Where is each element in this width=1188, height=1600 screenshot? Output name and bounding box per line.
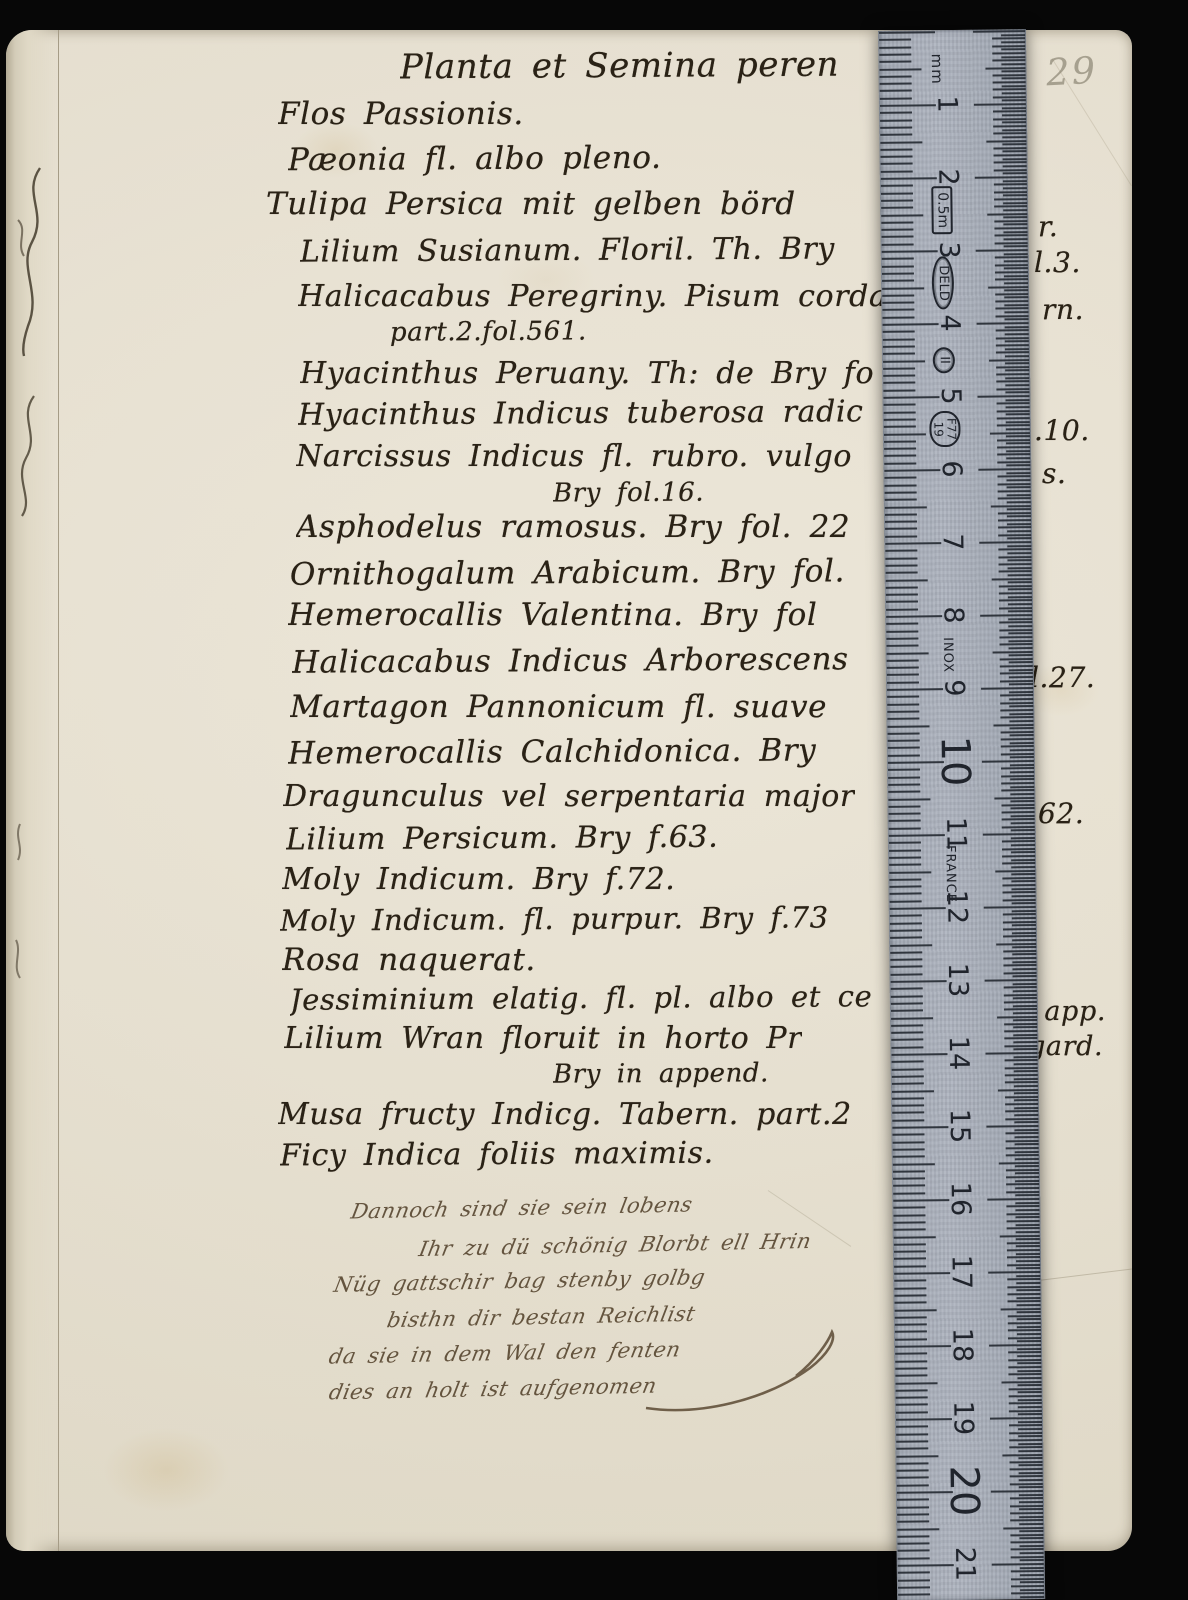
ruler-tick-halfmm [1014, 1129, 1038, 1131]
ruler-tick-mm [890, 944, 932, 947]
ruler-tick-mm [893, 1148, 925, 1150]
manuscript-line: Hemerocallis Valentina. Bry fol [288, 597, 817, 643]
ruler-label-france: FRANCE [943, 845, 957, 903]
ruler-tick-mm [896, 1462, 928, 1464]
ruler-tick-halfmm [1008, 1329, 1041, 1331]
ruler-tick-mm [881, 199, 913, 201]
ruler-tick-halfmm [1008, 1300, 1041, 1302]
ruler-tick-mm [885, 484, 917, 486]
ruler-tick-mm [887, 674, 919, 676]
ruler-tick-halfmm [1000, 702, 1033, 704]
ruler-tick-halfmm [993, 651, 1033, 653]
ruler-tick-mm [890, 937, 922, 939]
ruler-tick-mm [882, 258, 914, 260]
ruler-tick-halfmm [1012, 953, 1036, 955]
ruler-tick-halfmm [997, 453, 1030, 455]
ruler-tick-halfmm [992, 59, 1025, 61]
ruler-tick-mm [897, 1535, 929, 1537]
ruler-tick-halfmm [1001, 70, 1025, 72]
ruler-tick-mm [889, 849, 921, 851]
ruler-number: 15 [946, 1109, 973, 1144]
ruler-tick-mm [884, 404, 916, 406]
ruler-number: 18 [948, 1328, 975, 1363]
ruler-tick-halfmm [1019, 1479, 1043, 1481]
ruler-tick-mm [882, 294, 914, 296]
ruler-tick-mm [892, 1068, 924, 1070]
ruler-tick-mm [881, 221, 913, 223]
ruler-tick-mm [890, 966, 922, 968]
ruler-tick-halfmm [1006, 406, 1030, 408]
ruler-tick-halfmm [999, 563, 1032, 565]
ruler-tick-halfmm [1013, 975, 1037, 977]
ruler-tick-halfmm [995, 307, 1028, 309]
ruler-tick-halfmm [1002, 826, 1035, 828]
ruler-tick-halfmm [1007, 1278, 1040, 1280]
ruler-tick-halfmm [996, 388, 1029, 390]
ruler-tick-mm [879, 39, 911, 41]
ruler-tick-mm [879, 31, 935, 34]
ruler-tick-halfmm [1016, 1275, 1040, 1277]
ruler-tick-mm [880, 134, 912, 136]
ruler-tick-halfmm [1001, 34, 1025, 36]
ruler-tick-halfmm [1020, 1552, 1044, 1554]
ruler-tick-mm [885, 528, 917, 530]
ruler-tick-halfmm [1003, 187, 1027, 189]
ruler-tick-mm [897, 1528, 939, 1531]
ruler-tick-halfmm [1006, 435, 1030, 437]
ruler-tick-halfmm [998, 556, 1031, 558]
ruler-tick-mm [892, 1126, 948, 1129]
ruler-tick-halfmm [1001, 767, 1034, 769]
ruler-tick-halfmm [1006, 1154, 1039, 1156]
ruler-tick-mm [891, 973, 923, 975]
ruler-tick-halfmm [1017, 1333, 1041, 1335]
ruler-tick-mm [885, 542, 941, 545]
ruler-tick-halfmm [1008, 567, 1032, 569]
ruler-tick-halfmm [1001, 1308, 1041, 1310]
ruler-tick-halfmm [1014, 1099, 1038, 1101]
ruler-tick-halfmm [1009, 1461, 1042, 1463]
ruler-tick-halfmm [1010, 1497, 1043, 1499]
ruler-tick-halfmm [1005, 1118, 1038, 1120]
ruler-tick-mm [894, 1258, 926, 1260]
ruler-tick-halfmm [1011, 859, 1035, 861]
german-note-flourish [640, 1322, 850, 1422]
ruler-tick-halfmm [1000, 643, 1033, 645]
ruler-tick-mm [885, 513, 917, 515]
ruler-tick-mm [891, 980, 947, 983]
ruler-tick-halfmm [1008, 596, 1032, 598]
ruler-tick-mm [885, 550, 917, 552]
ruler-tick-halfmm [1005, 340, 1029, 342]
manuscript-line-fragment: .10. [1034, 414, 1090, 447]
ruler-tick-mm [881, 229, 913, 231]
gutter-ink-mark [6, 390, 46, 520]
ruler-tick-mm [896, 1382, 938, 1385]
ruler-tick-mm [897, 1477, 929, 1479]
ruler-tick-halfmm [1004, 994, 1037, 996]
ruler-tick-halfmm [993, 110, 1026, 112]
ruler-tick-mm [898, 1594, 930, 1596]
ruler-tick-halfmm [1012, 968, 1036, 970]
ruler-tick-halfmm [1007, 1242, 1040, 1244]
ruler-tick-halfmm [995, 870, 1035, 872]
german-note-line: dies an holt ist aufgenomen [327, 1374, 659, 1405]
ruler-tick-mm [884, 433, 926, 436]
ruler-tick-halfmm [992, 52, 1025, 54]
ruler-tick-halfmm [1016, 1267, 1040, 1269]
ruler-number: 16 [947, 1182, 974, 1217]
ruler-tick-halfmm [996, 380, 1029, 382]
ruler-tick-halfmm [1003, 891, 1036, 893]
ruler-tick-halfmm [1011, 1548, 1044, 1550]
ruler-tick-halfmm [1005, 1081, 1038, 1083]
ruler-tick-mm [883, 396, 939, 399]
ruler-tick-halfmm [1010, 1541, 1043, 1543]
ruler-tick-halfmm [1006, 443, 1030, 445]
ruler-tick-halfmm [1014, 1107, 1038, 1109]
ruler-tick-halfmm [1009, 669, 1033, 671]
ruler-tick-halfmm [973, 30, 1025, 33]
ruler-tick-mm [891, 988, 923, 990]
ruler-tick-halfmm [999, 629, 1032, 631]
ruler-tick-halfmm [997, 446, 1030, 448]
manuscript-line-fragment: rn. [1042, 293, 1084, 326]
ruler-tick-halfmm [1007, 494, 1031, 496]
ruler-tick-halfmm [1003, 209, 1027, 211]
ruler-tick-halfmm [1009, 691, 1033, 693]
ruler-tick-mm [887, 659, 919, 661]
german-note-line: da sie in dem Wal den fenten [327, 1337, 683, 1368]
ruler-tick-halfmm [1003, 928, 1036, 930]
ruler-tick-halfmm [1008, 625, 1032, 627]
ruler-tick-halfmm [1016, 1216, 1040, 1218]
ruler-tick-halfmm [993, 125, 1026, 127]
ruler-tick-halfmm [1019, 1516, 1043, 1518]
ruler-tick-halfmm [993, 74, 1026, 76]
ruler-tick-mm [898, 1557, 930, 1559]
ruler-tick-halfmm [1014, 1078, 1038, 1080]
ruler-tick-halfmm [1003, 158, 1027, 160]
ruler-tick-halfmm [1010, 727, 1034, 729]
ruler-tick-mm [897, 1506, 929, 1508]
ruler-tick-halfmm [1002, 92, 1026, 94]
manuscript-line: Martagon Pannonicum fl. suave [290, 689, 827, 735]
ruler-tick-halfmm [1007, 1293, 1040, 1295]
ruler-tick-halfmm [1012, 924, 1036, 926]
ruler-stamp-line: 19 [932, 418, 945, 440]
ruler-tick-halfmm [996, 337, 1029, 339]
ruler-tick-halfmm [1016, 1238, 1040, 1240]
ruler-number: 14 [945, 1036, 972, 1071]
ruler-tick-halfmm [1002, 848, 1035, 850]
ruler-tick-halfmm [1004, 260, 1028, 262]
ruler-tick-halfmm [1013, 1012, 1037, 1014]
ruler-tick-halfmm [1011, 807, 1035, 809]
ruler-tick-mm [895, 1353, 927, 1355]
ruler-tick-mm [893, 1207, 925, 1209]
ruler-tick-halfmm [1019, 1530, 1043, 1532]
ruler-tick-mm [883, 338, 915, 340]
ruler-tick-halfmm [1002, 840, 1035, 842]
ruler-tick-halfmm [1000, 1235, 1040, 1237]
ruler-tick-mm [895, 1338, 927, 1340]
ruler-tick-mm [896, 1448, 928, 1450]
ruler-tick-halfmm [1005, 1132, 1038, 1134]
ruler-tick-halfmm [1013, 1026, 1037, 1028]
ruler-tick-halfmm [992, 578, 1032, 580]
ruler-tick-halfmm [1005, 362, 1029, 364]
ruler-tick-halfmm [1011, 1578, 1044, 1580]
ruler-tick-mm [891, 1010, 923, 1012]
ruler-tick-halfmm [1006, 450, 1030, 452]
ruler-tick-halfmm [981, 687, 1033, 690]
ruler-tick-halfmm [1004, 986, 1037, 988]
manuscript-line-fragment: 62. [1038, 797, 1084, 830]
ruler-tick-halfmm [985, 979, 1037, 982]
ruler-tick-halfmm [1006, 479, 1030, 481]
ruler-tick-halfmm [995, 278, 1028, 280]
ruler-tick-halfmm [1002, 143, 1026, 145]
ruler-tick-mm [884, 469, 940, 472]
ruler-tick-halfmm [1003, 935, 1036, 937]
ruler-tick-halfmm [1017, 1326, 1041, 1328]
ruler-tick-halfmm [1004, 282, 1028, 284]
ruler-tick-mm [880, 90, 912, 92]
ruler-tick-halfmm [1005, 1103, 1038, 1105]
ruler-tick-halfmm [995, 315, 1028, 317]
ruler-tick-mm [880, 97, 912, 99]
ruler-tick-halfmm [1005, 318, 1029, 320]
ruler-tick-mm [887, 645, 919, 647]
ruler-stamp-deld: DELD [932, 256, 954, 310]
ruler-tick-halfmm [998, 534, 1031, 536]
ruler-tick-mm [893, 1163, 935, 1166]
ruler-tick-halfmm [1001, 753, 1034, 755]
ruler-stamp-f77-19: F7719 [929, 411, 961, 448]
manuscript-line: Halicacabus Peregriny. Pisum corda [298, 279, 887, 325]
german-note-line: Ihr zu dü schönig Blorbt ell Hrin [417, 1229, 813, 1261]
ruler-tick-halfmm [994, 198, 1027, 200]
ruler-tick-mm [898, 1572, 930, 1574]
ruler-tick-halfmm [989, 359, 1029, 361]
ruler-tick-mm [892, 1119, 924, 1121]
ruler-tick-halfmm [1002, 151, 1026, 153]
ruler-tick-halfmm [1009, 1410, 1042, 1412]
ruler-tick-halfmm [1015, 1202, 1039, 1204]
ruler-tick-halfmm [1006, 399, 1030, 401]
ruler-tick-halfmm [1007, 559, 1031, 561]
ruler-tick-halfmm [1001, 789, 1034, 791]
ruler-number: 8 [940, 606, 967, 624]
ruler-tick-halfmm [1002, 877, 1035, 879]
ruler-tick-halfmm [1019, 1494, 1043, 1496]
ruler-tick-halfmm [1011, 851, 1035, 853]
ruler-tick-mm [889, 886, 921, 888]
manuscript-line: Lilium Susianum. Floril. Th. Bry [300, 231, 835, 280]
ruler-tick-mm [896, 1440, 928, 1442]
ruler-tick-halfmm [1005, 348, 1029, 350]
ruler-tick-halfmm [1002, 121, 1026, 123]
ruler-tick-halfmm [1015, 1180, 1039, 1182]
ruler-tick-halfmm [1004, 267, 1028, 269]
ruler-tick-mm [892, 1090, 934, 1093]
ruler-tick-halfmm [1017, 1362, 1041, 1364]
ruler-tick-mm [890, 907, 946, 910]
ruler-tick-mm [882, 272, 914, 274]
ruler-tick-mm [880, 126, 912, 128]
ruler-tick-halfmm [1005, 1074, 1038, 1076]
ruler-tick-mm [890, 915, 922, 917]
ruler-tick-mm [884, 448, 916, 450]
ruler-tick-mm [892, 1083, 924, 1085]
ruler-tick-mm [887, 681, 919, 683]
ruler-tick-mm [894, 1272, 950, 1275]
ruler-tick-mm [882, 302, 914, 304]
ruler-tick-halfmm [996, 373, 1029, 375]
ruler-tick-halfmm [1010, 1468, 1043, 1470]
ruler-tick-halfmm [977, 395, 1029, 398]
ruler-tick-halfmm [994, 227, 1027, 229]
ruler-tick-halfmm [992, 45, 1025, 47]
ruler-tick-mm [892, 1134, 924, 1136]
ruler-tick-halfmm [1011, 844, 1035, 846]
ruler-number: 5 [937, 387, 964, 405]
ruler-tick-halfmm [1011, 1570, 1044, 1572]
ruler-tick-halfmm [1006, 1140, 1039, 1142]
ruler-tick-halfmm [1008, 574, 1032, 576]
ruler-tick-mm [890, 893, 922, 895]
ruler-tick-halfmm [1008, 618, 1032, 620]
ruler-tick-halfmm [993, 147, 1026, 149]
ruler-tick-halfmm [1008, 1366, 1041, 1368]
ruler-number: 7 [939, 533, 966, 551]
manuscript-line-fragment: l.27. [1030, 661, 1095, 694]
ruler-tick-halfmm [1000, 716, 1033, 718]
ruler-tick-halfmm [1013, 1005, 1037, 1007]
ruler-tick-halfmm [1014, 1070, 1038, 1072]
ruler-tick-halfmm [1004, 1001, 1037, 1003]
ruler-tick-halfmm [990, 1417, 1042, 1420]
ruler-tick-mm [897, 1484, 929, 1486]
ruler-tick-mm [893, 1185, 925, 1187]
ruler-tick-halfmm [1004, 289, 1028, 291]
ruler-tick-halfmm [1003, 950, 1036, 952]
ruler-tick-mm [891, 1039, 923, 1041]
ruler-tick-mm [888, 754, 920, 756]
ruler-stamp-line: F77 [945, 418, 958, 440]
ruler-tick-halfmm [997, 402, 1030, 404]
ruler-tick-mm [894, 1221, 926, 1223]
ruler-tick-halfmm [993, 724, 1033, 726]
ruler-tick-mm [890, 951, 922, 953]
ruler-tick-halfmm [1013, 1048, 1037, 1050]
ruler-tick-mm [879, 61, 911, 63]
ruler-tick-halfmm [998, 548, 1031, 550]
ruler-tick-halfmm [997, 439, 1030, 441]
ruler-tick-halfmm [987, 1198, 1039, 1201]
ruler-tick-halfmm [1001, 775, 1034, 777]
ruler-tick-halfmm [1000, 665, 1033, 667]
ruler-tick-halfmm [1012, 917, 1036, 919]
ruler-tick-halfmm [1002, 884, 1035, 886]
ruler-tick-halfmm [1009, 647, 1033, 649]
ruler-tick-mm [887, 710, 919, 712]
ruler-tick-mm [886, 586, 918, 588]
ruler-tick-halfmm [1011, 1592, 1044, 1594]
ruler-tick-halfmm [1011, 880, 1035, 882]
ruler-tick-halfmm [989, 1344, 1041, 1347]
ruler-tick-mm [882, 265, 914, 267]
ruler-tick-halfmm [1002, 855, 1035, 857]
manuscript-line: Tulipa Persica mit gelben börd [266, 186, 796, 232]
ruler-tick-mm [885, 535, 917, 537]
ruler-tick-mm [880, 104, 936, 107]
ruler-tick-halfmm [1002, 107, 1026, 109]
ruler-tick-mm [883, 389, 915, 391]
ruler-tick-halfmm [991, 505, 1031, 507]
ruler-tick-halfmm [1016, 1297, 1040, 1299]
ruler-tick-mm [890, 922, 922, 924]
ruler-tick-halfmm [1015, 1187, 1039, 1189]
ruler-tick-halfmm [1008, 610, 1032, 612]
ruler-tick-halfmm [996, 329, 1029, 331]
ruler-tick-halfmm [1010, 1505, 1043, 1507]
ruler-tick-mm [889, 878, 921, 880]
ruler-tick-halfmm [996, 351, 1029, 353]
ruler-tick-mm [886, 579, 928, 582]
ruler-tick-mm [889, 820, 921, 822]
ruler-tick-halfmm [1003, 957, 1036, 959]
ruler-tick-mm [888, 769, 920, 771]
ruler-tick-mm [898, 1564, 954, 1567]
ruler-tick-halfmm [1006, 413, 1030, 415]
ruler-tick-halfmm [993, 132, 1026, 134]
ruler-tick-halfmm [1002, 78, 1026, 80]
ruler-tick-halfmm [999, 636, 1032, 638]
ruler-tick-mm [882, 236, 914, 238]
ruler-tick-mm [882, 280, 914, 282]
ruler-tick-halfmm [1009, 1432, 1042, 1434]
ruler-tick-halfmm [1020, 1596, 1044, 1598]
ruler-tick-halfmm [1004, 275, 1028, 277]
ruler-tick-halfmm [1014, 1085, 1038, 1087]
ruler-tick-halfmm [998, 490, 1031, 492]
ruler-tick-halfmm [1019, 1472, 1043, 1474]
ruler-tick-halfmm [999, 585, 1032, 587]
ruler-tick-mm [892, 1105, 924, 1107]
ruler-tick-halfmm [1010, 756, 1034, 758]
ruler-tick-halfmm [1005, 384, 1029, 386]
ruler-tick-halfmm [1006, 421, 1030, 423]
ruler-tick-halfmm [1010, 1483, 1043, 1485]
ruler-tick-mm [888, 791, 920, 793]
ruler-tick-halfmm [1004, 238, 1028, 240]
ruler-tick-halfmm [993, 118, 1026, 120]
ruler-tick-halfmm [1003, 921, 1036, 923]
ruler-tick-halfmm [980, 614, 1032, 617]
ruler-tick-halfmm [1018, 1413, 1042, 1415]
ruler-tick-halfmm [1018, 1450, 1042, 1452]
manuscript-line: Flos Passionis. [278, 96, 524, 142]
ruler-tick-mm [893, 1141, 925, 1143]
ruler-tick-halfmm [994, 220, 1027, 222]
ruler-tick-halfmm [1009, 654, 1033, 656]
ruler-tick-mm [886, 572, 918, 574]
ruler-tick-halfmm [1001, 738, 1034, 740]
ruler-tick-mm [894, 1229, 926, 1231]
ruler-tick-mm [894, 1287, 926, 1289]
